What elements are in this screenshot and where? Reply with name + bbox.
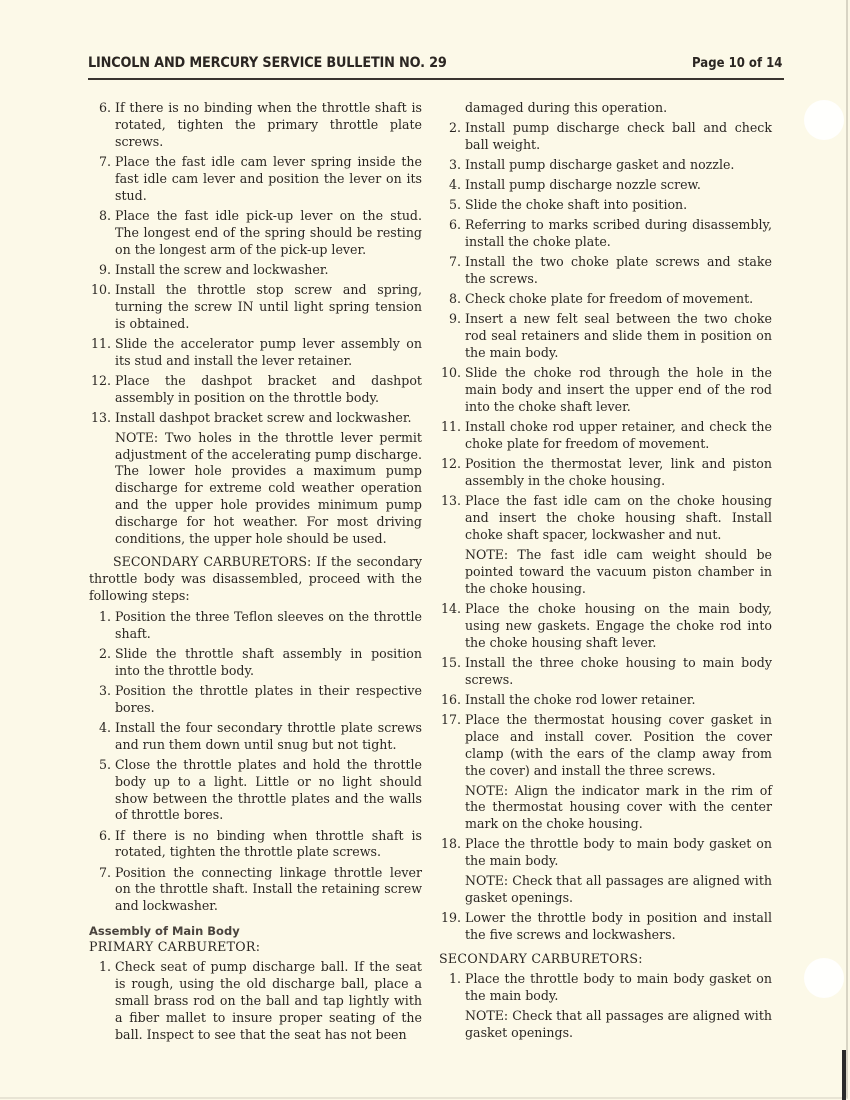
left-column: 6.If there is no binding when the thrott… [89,100,422,1047]
step-number: 2. [89,646,111,663]
step-number: 4. [439,177,461,194]
step-number: 8. [439,291,461,308]
list-item: 1.Place the throttle body to main body g… [439,971,772,1042]
step-text: Install the four secondary throttle plat… [115,720,422,754]
step-number: 2. [439,120,461,137]
list-item: 19.Lower the throttle body in position a… [439,910,772,944]
punch-hole [804,958,844,998]
step-text: Install the throttle stop screw and spri… [115,282,422,333]
step-text: Install the two choke plate screws and s… [465,254,772,288]
list-item: 3.Install pump discharge gasket and nozz… [439,157,772,174]
step-number: 7. [89,154,111,171]
step-text: Install choke rod upper retainer, and ch… [465,419,772,453]
list-item: 12.Position the thermostat lever, link a… [439,456,772,490]
list-item: 6.If there is no binding when the thrott… [89,100,422,151]
page-number: Page 10 of 14 [692,56,782,71]
step-text: If there is no binding when the throttle… [115,100,422,151]
step-text: Position the connecting linkage throttle… [115,865,422,916]
step-number: 14. [439,601,461,618]
step-number: 5. [89,757,111,774]
list-item: 8.Place the fast idle pick-up lever on t… [89,208,422,259]
continued-text: damaged during this operation. [439,100,772,117]
step-text: Position the thermostat lever, link and … [465,456,772,490]
list-item: 7.Place the fast idle cam lever spring i… [89,154,422,205]
step-text: Install pump discharge nozzle screw. [465,177,772,194]
list-item: 18.Place the throttle body to main body … [439,836,772,907]
list-item: 6.Referring to marks scribed during disa… [439,217,772,251]
bulletin-title: LINCOLN AND MERCURY SERVICE BULLETIN NO.… [88,55,447,71]
step-text: Slide the choke rod through the hole in … [465,365,772,416]
step-number: 7. [89,865,111,882]
list-item: 9.Insert a new felt seal between the two… [439,311,772,362]
step-number: 7. [439,254,461,271]
list-item: 5.Slide the choke shaft into position. [439,197,772,214]
list-item: 16.Install the choke rod lower retainer. [439,692,772,709]
step-text: Position the throttle plates in their re… [115,683,422,717]
step-note: NOTE: Check that all passages are aligne… [465,1008,772,1042]
list-item: 15.Install the three choke housing to ma… [439,655,772,689]
step-number: 4. [89,720,111,737]
primary-carburetor-subheading: PRIMARY CARBURETOR: [89,939,422,956]
step-number: 3. [439,157,461,174]
secondary-main-body-steps-list: 1.Place the throttle body to main body g… [439,971,772,1042]
step-number: 3. [89,683,111,700]
step-text: Lower the throttle body in position and … [465,910,772,944]
step-number: 12. [89,373,111,390]
punch-hole [804,100,844,140]
step-text: Check seat of pump discharge ball. If th… [115,959,422,1044]
step-number: 18. [439,836,461,853]
step-note: NOTE: Align the indicator mark in the ri… [465,783,772,834]
step-number: 6. [89,100,111,117]
step-text: Place the throttle body to main body gas… [465,971,772,1005]
step-text: Position the three Teflon sleeves on the… [115,609,422,643]
step-text: Slide the choke shaft into position. [465,197,772,214]
page-edge-shadow [842,1050,846,1100]
document-page: LINCOLN AND MERCURY SERVICE BULLETIN NO.… [0,0,848,1099]
step-number: 16. [439,692,461,709]
step-text: Close the throttle plates and hold the t… [115,757,422,825]
list-item: 4.Install the four secondary throttle pl… [89,720,422,754]
step-number: 12. [439,456,461,473]
step-text: Install the screw and lockwasher. [115,262,422,279]
step-text: Slide the accelerator pump lever assembl… [115,336,422,370]
step-note: NOTE: Two holes in the throttle lever pe… [115,430,422,548]
list-item: 11.Slide the accelerator pump lever asse… [89,336,422,370]
list-item: 10.Slide the choke rod through the hole … [439,365,772,416]
step-number: 13. [439,493,461,510]
step-number: 9. [439,311,461,328]
step-number: 1. [89,959,111,976]
list-item: 7.Position the connecting linkage thrott… [89,865,422,916]
secondary-steps-list: 1.Position the three Teflon sleeves on t… [89,609,422,916]
page-header: LINCOLN AND MERCURY SERVICE BULLETIN NO.… [88,55,784,75]
step-text: Install the three choke housing to main … [465,655,772,689]
list-item: 5.Close the throttle plates and hold the… [89,757,422,825]
list-item: 4.Install pump discharge nozzle screw. [439,177,772,194]
step-text: Place the fast idle pick-up lever on the… [115,208,422,259]
step-number: 11. [89,336,111,353]
list-item: 13.Place the fast idle cam on the choke … [439,493,772,597]
step-text: Install dashpot bracket screw and lockwa… [115,410,422,427]
step-number: 6. [89,828,111,845]
right-column: damaged during this operation. 2.Install… [439,100,772,1045]
step-number: 6. [439,217,461,234]
section-heading: Assembly of Main Body [89,923,422,939]
step-number: 8. [89,208,111,225]
list-item: 6.If there is no binding when throttle s… [89,828,422,862]
step-text: Install pump discharge check ball and ch… [465,120,772,154]
list-item: 13.Install dashpot bracket screw and loc… [89,410,422,548]
list-item: 11.Install choke rod upper retainer, and… [439,419,772,453]
step-text: Install the choke rod lower retainer. [465,692,772,709]
step-text: Place the thermostat housing cover gaske… [465,712,772,780]
step-number: 1. [89,609,111,626]
step-number: 9. [89,262,111,279]
step-text: Place the fast idle cam lever spring ins… [115,154,422,205]
step-number: 15. [439,655,461,672]
list-item: 12.Place the dashpot bracket and dashpot… [89,373,422,407]
step-text: If there is no binding when throttle sha… [115,828,422,862]
list-item: 8.Check choke plate for freedom of movem… [439,291,772,308]
list-item: 9.Install the screw and lockwasher. [89,262,422,279]
step-note: NOTE: The fast idle cam weight should be… [465,547,772,598]
list-item: 1.Position the three Teflon sleeves on t… [89,609,422,643]
step-text: Insert a new felt seal between the two c… [465,311,772,362]
secondary-carburetors-subheading: SECONDARY CARBURETORS: [439,951,772,968]
primary-steps-list: 6.If there is no binding when the thrott… [89,100,422,548]
main-body-steps-list: 1.Check seat of pump discharge ball. If … [89,959,422,1044]
list-item: 1.Check seat of pump discharge ball. If … [89,959,422,1044]
step-text: Slide the throttle shaft assembly in pos… [115,646,422,680]
list-item: 7.Install the two choke plate screws and… [439,254,772,288]
step-number: 10. [439,365,461,382]
list-item: 2.Install pump discharge check ball and … [439,120,772,154]
list-item: 14.Place the choke housing on the main b… [439,601,772,652]
step-note: NOTE: Check that all passages are aligne… [465,873,772,907]
step-text: Check choke plate for freedom of movemen… [465,291,772,308]
header-rule [88,78,784,80]
step-text: Install pump discharge gasket and nozzle… [465,157,772,174]
step-number: 11. [439,419,461,436]
list-item: 17.Place the thermostat housing cover ga… [439,712,772,833]
step-text: Place the throttle body to main body gas… [465,836,772,870]
step-number: 5. [439,197,461,214]
step-number: 10. [89,282,111,299]
step-text: Place the dashpot bracket and dashpot as… [115,373,422,407]
list-item: 2.Slide the throttle shaft assembly in p… [89,646,422,680]
main-body-steps-list-continued: 2.Install pump discharge check ball and … [439,120,772,944]
secondary-intro-paragraph: SECONDARY CARBURETORS: If the secondary … [89,554,422,605]
step-number: 17. [439,712,461,729]
step-text: Place the fast idle cam on the choke hou… [465,493,772,544]
list-item: 3.Position the throttle plates in their … [89,683,422,717]
step-number: 19. [439,910,461,927]
step-number: 1. [439,971,461,988]
step-text: Referring to marks scribed during disass… [465,217,772,251]
list-item: 10.Install the throttle stop screw and s… [89,282,422,333]
step-number: 13. [89,410,111,427]
step-text: Place the choke housing on the main body… [465,601,772,652]
